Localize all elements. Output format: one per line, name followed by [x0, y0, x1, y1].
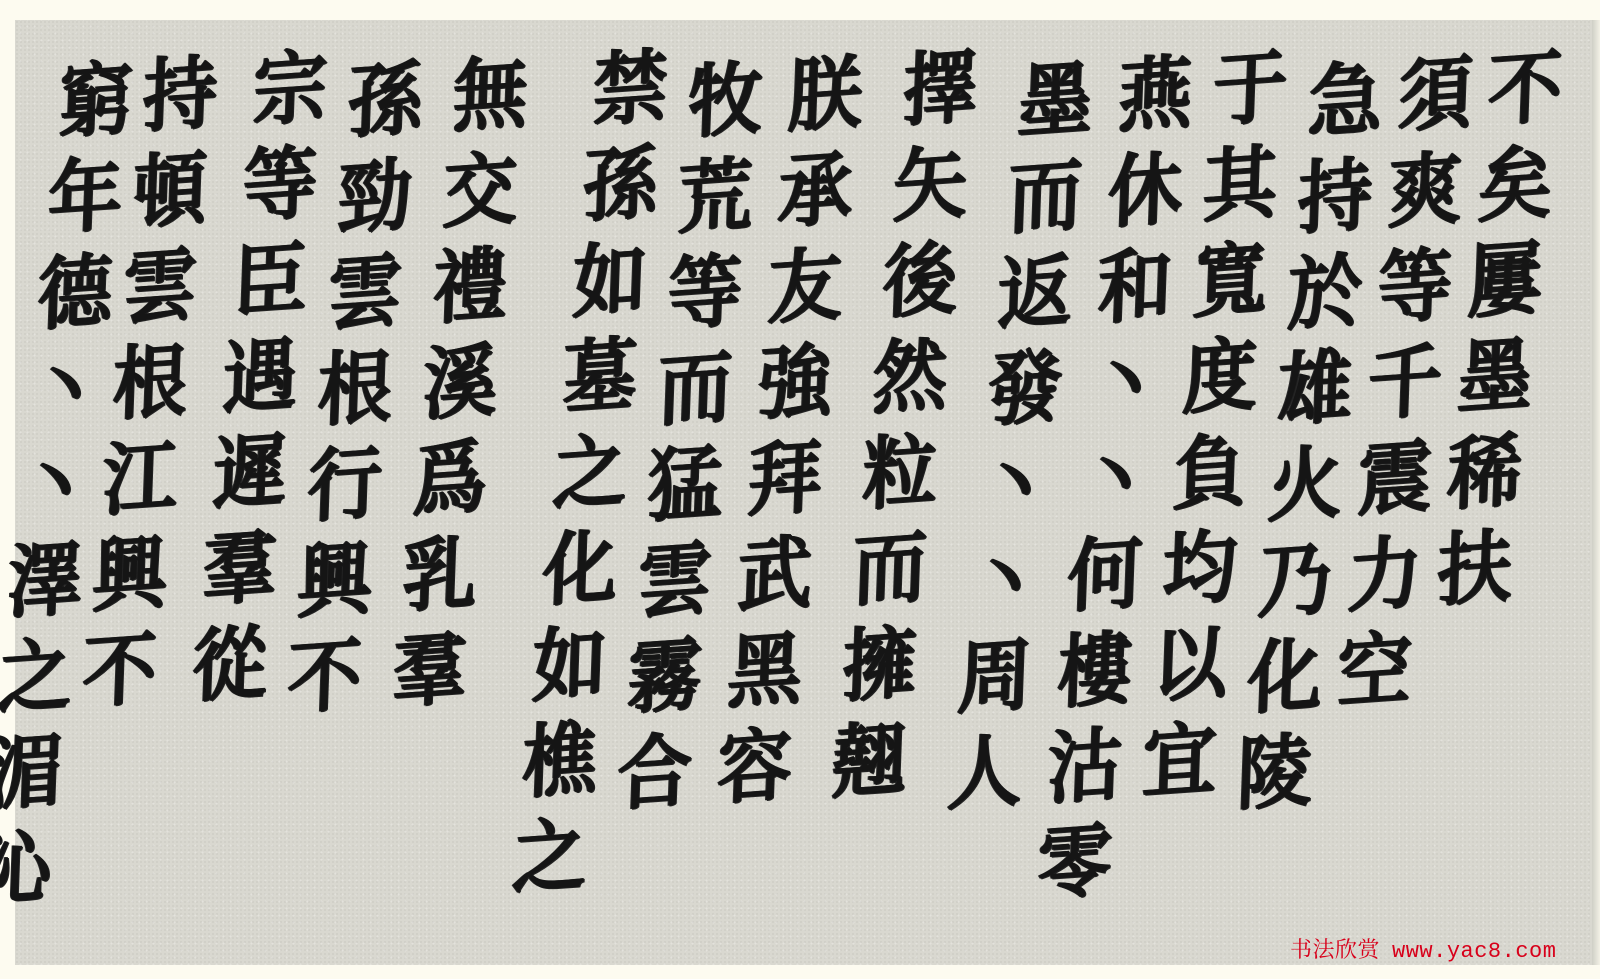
calligraphy-character: 而: [1007, 146, 1084, 247]
calligraphy-character: 火: [1266, 434, 1343, 535]
calligraphy-character: 然: [871, 326, 948, 427]
calligraphy-character: 樓: [1056, 620, 1133, 721]
calligraphy-character: 周: [956, 626, 1033, 727]
calligraphy-character: 矣: [1476, 134, 1553, 235]
calligraphy-character: 興: [296, 530, 373, 631]
calligraphy-character: 容: [716, 716, 793, 817]
calligraphy-character: 孫: [582, 134, 659, 235]
calligraphy-character: 黑: [726, 620, 803, 721]
calligraphy-character: 不: [81, 620, 158, 721]
calligraphy-character: 溪: [421, 332, 498, 433]
calligraphy-character: 於: [1286, 242, 1363, 343]
calligraphy-character: 雄: [1276, 338, 1353, 439]
calligraphy-character: 持: [142, 44, 219, 145]
calligraphy-character: 遇: [221, 326, 298, 427]
calligraphy-character: 墨: [1456, 326, 1533, 427]
calligraphy-character: 年: [47, 146, 124, 247]
calligraphy-character: 雲: [326, 242, 403, 343]
calligraphy-character: 從: [191, 614, 268, 715]
calligraphy-character: 合: [616, 722, 693, 823]
calligraphy-character: 臣: [231, 230, 308, 331]
calligraphy-character: 樵: [521, 710, 598, 811]
calligraphy-character: 其: [1202, 134, 1279, 235]
calligraphy-character: 澤: [6, 530, 83, 631]
calligraphy-character: 強: [756, 332, 833, 433]
calligraphy-character: 牧: [687, 50, 764, 151]
watermark: 书法欣赏www.yac8.com: [1290, 933, 1556, 964]
calligraphy-character: 丶: [966, 530, 1043, 631]
calligraphy-character: 而: [656, 338, 733, 439]
calligraphy-character: 陵: [1236, 722, 1313, 823]
calligraphy-character: 空: [1336, 620, 1413, 721]
calligraphy-character: 沽: [1046, 716, 1123, 817]
calligraphy-character: 沁: [0, 818, 53, 919]
calligraphy-character: 雲: [636, 530, 713, 631]
calligraphy-character: 丶: [26, 338, 103, 439]
calligraphy-character: 休: [1107, 140, 1184, 241]
calligraphy-character: 承: [777, 140, 854, 241]
calligraphy-character: 根: [316, 338, 393, 439]
calligraphy-character: 雲: [121, 236, 198, 337]
calligraphy-character: 交: [442, 140, 519, 241]
calligraphy-character: 行: [306, 434, 383, 535]
calligraphy-character: 爲: [411, 428, 488, 529]
calligraphy-character: 霧: [626, 626, 703, 727]
calligraphy-character: 均: [1161, 518, 1238, 619]
calligraphy-character: 武: [736, 524, 813, 625]
calligraphy-character: 力: [1346, 524, 1423, 625]
calligraphy-character: 翹: [831, 710, 908, 811]
calligraphy-character: 等: [242, 134, 319, 235]
calligraphy-character: 擇: [902, 38, 979, 139]
calligraphy-character: 寬: [1191, 230, 1268, 331]
calligraphy-character: 羣: [201, 518, 278, 619]
calligraphy-character: 化: [1246, 626, 1323, 727]
calligraphy-character: 等: [666, 242, 743, 343]
calligraphy-character: 宗: [252, 38, 329, 139]
watermark-url: www.yac8.com: [1392, 939, 1556, 964]
calligraphy-character: 粒: [861, 422, 938, 523]
page-edge: [1592, 20, 1600, 965]
calligraphy-character: 之: [511, 806, 588, 907]
calligraphy-character: 以: [1151, 614, 1228, 715]
calligraphy-character: 朕: [787, 44, 864, 145]
calligraphy-character: 羣: [391, 620, 468, 721]
calligraphy-character: 湄: [0, 722, 63, 823]
calligraphy-character: 拜: [746, 428, 823, 529]
calligraphy-character: 何: [1066, 524, 1143, 625]
calligraphy-character: 急: [1307, 50, 1384, 151]
calligraphy-character: 如: [572, 230, 649, 331]
calligraphy-character: 禮: [431, 236, 508, 337]
calligraphy-character: 之: [551, 422, 628, 523]
calligraphy-character: 荒: [677, 146, 754, 247]
calligraphy-character: 孫: [347, 50, 424, 151]
calligraphy-character: 負: [1171, 422, 1248, 523]
calligraphy-character: 友: [766, 236, 843, 337]
calligraphy-character: 宜: [1141, 710, 1218, 811]
calligraphy-character: 江: [101, 428, 178, 529]
calligraphy-character: 窮: [57, 50, 134, 151]
calligraphy-character: 零: [1036, 812, 1113, 913]
calligraphy-character: 不: [1487, 38, 1564, 139]
calligraphy-character: 而: [851, 518, 928, 619]
calligraphy-character: 乳: [401, 524, 478, 625]
calligraphy-character: 震: [1356, 428, 1433, 529]
calligraphy-character: 不: [286, 626, 363, 727]
calligraphy-character: 須: [1397, 44, 1474, 145]
calligraphy-character: 度: [1181, 326, 1258, 427]
calligraphy-character: 根: [111, 332, 188, 433]
calligraphy-character: 乃: [1256, 530, 1333, 631]
watermark-label: 书法欣赏: [1290, 938, 1380, 963]
calligraphy-character: 持: [1297, 146, 1374, 247]
calligraphy-character: 丶: [1076, 428, 1153, 529]
calligraphy-character: 頓: [132, 140, 209, 241]
calligraphy-character: 化: [541, 518, 618, 619]
calligraphy-character: 遲: [211, 422, 288, 523]
calligraphy-character: 爽: [1387, 140, 1464, 241]
calligraphy-character: 返: [996, 242, 1073, 343]
calligraphy-character: 擁: [841, 614, 918, 715]
calligraphy-character: 和: [1097, 236, 1174, 337]
calligraphy-character: 燕: [1117, 44, 1194, 145]
calligraphy-character: 如: [531, 614, 608, 715]
calligraphy-character: 之: [0, 626, 73, 727]
calligraphy-character: 丶: [1086, 332, 1163, 433]
calligraphy-character: 扶: [1436, 518, 1513, 619]
calligraphy-character: 後: [881, 230, 958, 331]
calligraphy-character: 丶: [976, 434, 1053, 535]
calligraphy-character: 禁: [592, 38, 669, 139]
calligraphy-character: 勁: [337, 146, 414, 247]
calligraphy-character: 墓: [561, 326, 638, 427]
calligraphy-character: 猛: [646, 434, 723, 535]
calligraphy-character: 無: [452, 44, 529, 145]
calligraphy-character: 千: [1366, 332, 1443, 433]
calligraphy-character: 德: [37, 242, 114, 343]
calligraphy-character: 屢: [1466, 230, 1543, 331]
calligraphy-character: 發: [986, 338, 1063, 439]
calligraphy-character: 等: [1376, 236, 1453, 337]
calligraphy-character: 矢: [892, 134, 969, 235]
calligraphy-character: 丶: [16, 434, 93, 535]
calligraphy-character: 于: [1212, 38, 1289, 139]
calligraphy-character: 墨: [1017, 50, 1094, 151]
calligraphy-character: 人: [946, 722, 1023, 823]
calligraphy-character: 稀: [1446, 422, 1523, 523]
calligraphy-character: 興: [91, 524, 168, 625]
